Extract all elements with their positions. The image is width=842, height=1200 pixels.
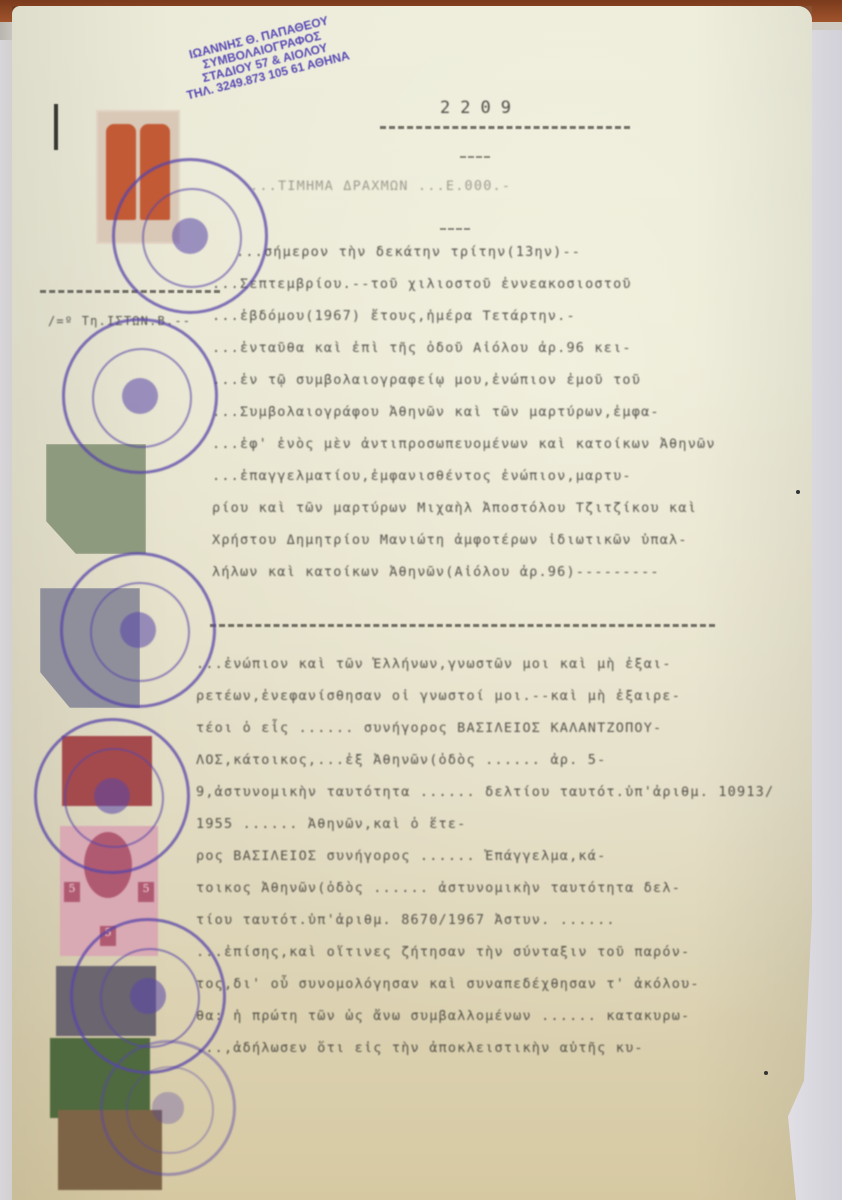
text-line: ρος ΒΑΣΙΛΕΙΟΣ συνήγορος ...... Ἐπάγγελμα… [196,848,606,864]
official-seal-3 [60,552,216,708]
text-line: ρετέων,ἐνεφανίσθησαν οἱ γνωστοί μοι.--κα… [196,688,681,704]
text-line: ...,ἀδήλωσεν ὅτι εἰς τὴν ἀποκλειστικὴν α… [196,1040,644,1056]
text-line: 9,ἀστυνομικὴν ταυτότητα ...... δελτίου τ… [196,784,774,800]
stamp-value: 5 [138,882,154,902]
text-line: ...ἐν τῷ συμβολαιογραφείῳ μου,ἐνώπιον ἐμ… [212,372,641,388]
paper-speck [796,490,800,494]
official-seal-4 [34,718,190,874]
text-line: ...ἐνώπιον καὶ τῶν Ἑλλήνων,γνωστῶν μοι κ… [196,656,672,672]
text-line: τοικος Ἀθηνῶν(ὁδὸς ...... ἀστυνομικὴν τα… [196,880,681,896]
paper-speck [764,1071,768,1075]
text-line: ...Σεπτεμβρίου.--τοῦ χιλιοστοῦ ἐννεακοσι… [212,276,632,292]
text-line: 1955 ...... Ἀθηνῶν,καὶ ὁ ἕτε- [196,816,467,832]
text-line: ...σήμερον τὴν δεκάτην τρίτην(13ην)-- [236,244,581,260]
text-line: τίου ταυτότ.ὑπ'ἀριθμ. 8670/1967 Ἀστυν. .… [196,912,616,928]
section-rule [210,624,715,627]
text-line: ...ἑβδόμου(1967) ἔτους,ἡμέρα Τετάρτην.- [212,308,576,324]
text-line: ρίου καὶ τῶν μαρτύρων Μιχαὴλ Ἀποστόλου Τ… [212,500,697,516]
text-line: ...Συμβολαιογράφου Ἀθηνῶν καὶ τῶν μαρτύρ… [212,404,660,420]
text-line: λήλων καὶ κατοίκων Ἀθηνῶν(Αἰόλου ἀρ.96)-… [212,564,660,580]
text-line: ...ἐφ' ἑνὸς μὲν ἀντιπροσωπευομένων καὶ κ… [212,436,716,452]
text-line: τέοι ὁ εἷς ...... συνήγορος ΒΑΣΙΛΕΙΟΣ ΚΑ… [196,720,662,736]
header-short-rule [460,156,490,158]
header-rule [380,126,630,129]
official-seal-1 [112,158,268,314]
text-line: ...ἐπίσης,καὶ οἵτινες ζήτησαν τὴν σύνταξ… [196,944,690,960]
text-line: ...ἐπαγγελματίου,ἐμφανισθέντος ἐνώπιον,μ… [212,468,632,484]
text-line: Χρήστου Δημητρίου Μανιώτη ἀμφοτέρων ἰδιω… [212,532,688,548]
margin-mark [54,104,58,150]
official-seal-6 [100,1040,236,1176]
stamp-value: 5 [64,882,80,902]
heading-line: ...ΤΙΜΗΜΑ ΔΡΑΧΜΩΝ ...Ε.000.- [250,178,511,194]
heading-short-rule [440,228,470,230]
text-line: τος,δι' οὗ συνομολόγησαν καὶ συναπεδέχθη… [196,976,700,992]
text-line: θα: ἡ πρώτη τῶν ὡς ἄνω συμβαλλομένων ...… [196,1008,690,1024]
text-line: ΛΟΣ,κάτοικος,...ἐξ Ἀθηνῶν(ὁδὸς ...... ἀρ… [196,752,606,768]
document-number: 2209 [440,98,521,118]
official-seal-2 [62,318,218,474]
text-line: ...ἐνταῦθα καὶ ἐπὶ τῆς ὁδοῦ Αἰόλου ἀρ.96… [212,340,632,356]
